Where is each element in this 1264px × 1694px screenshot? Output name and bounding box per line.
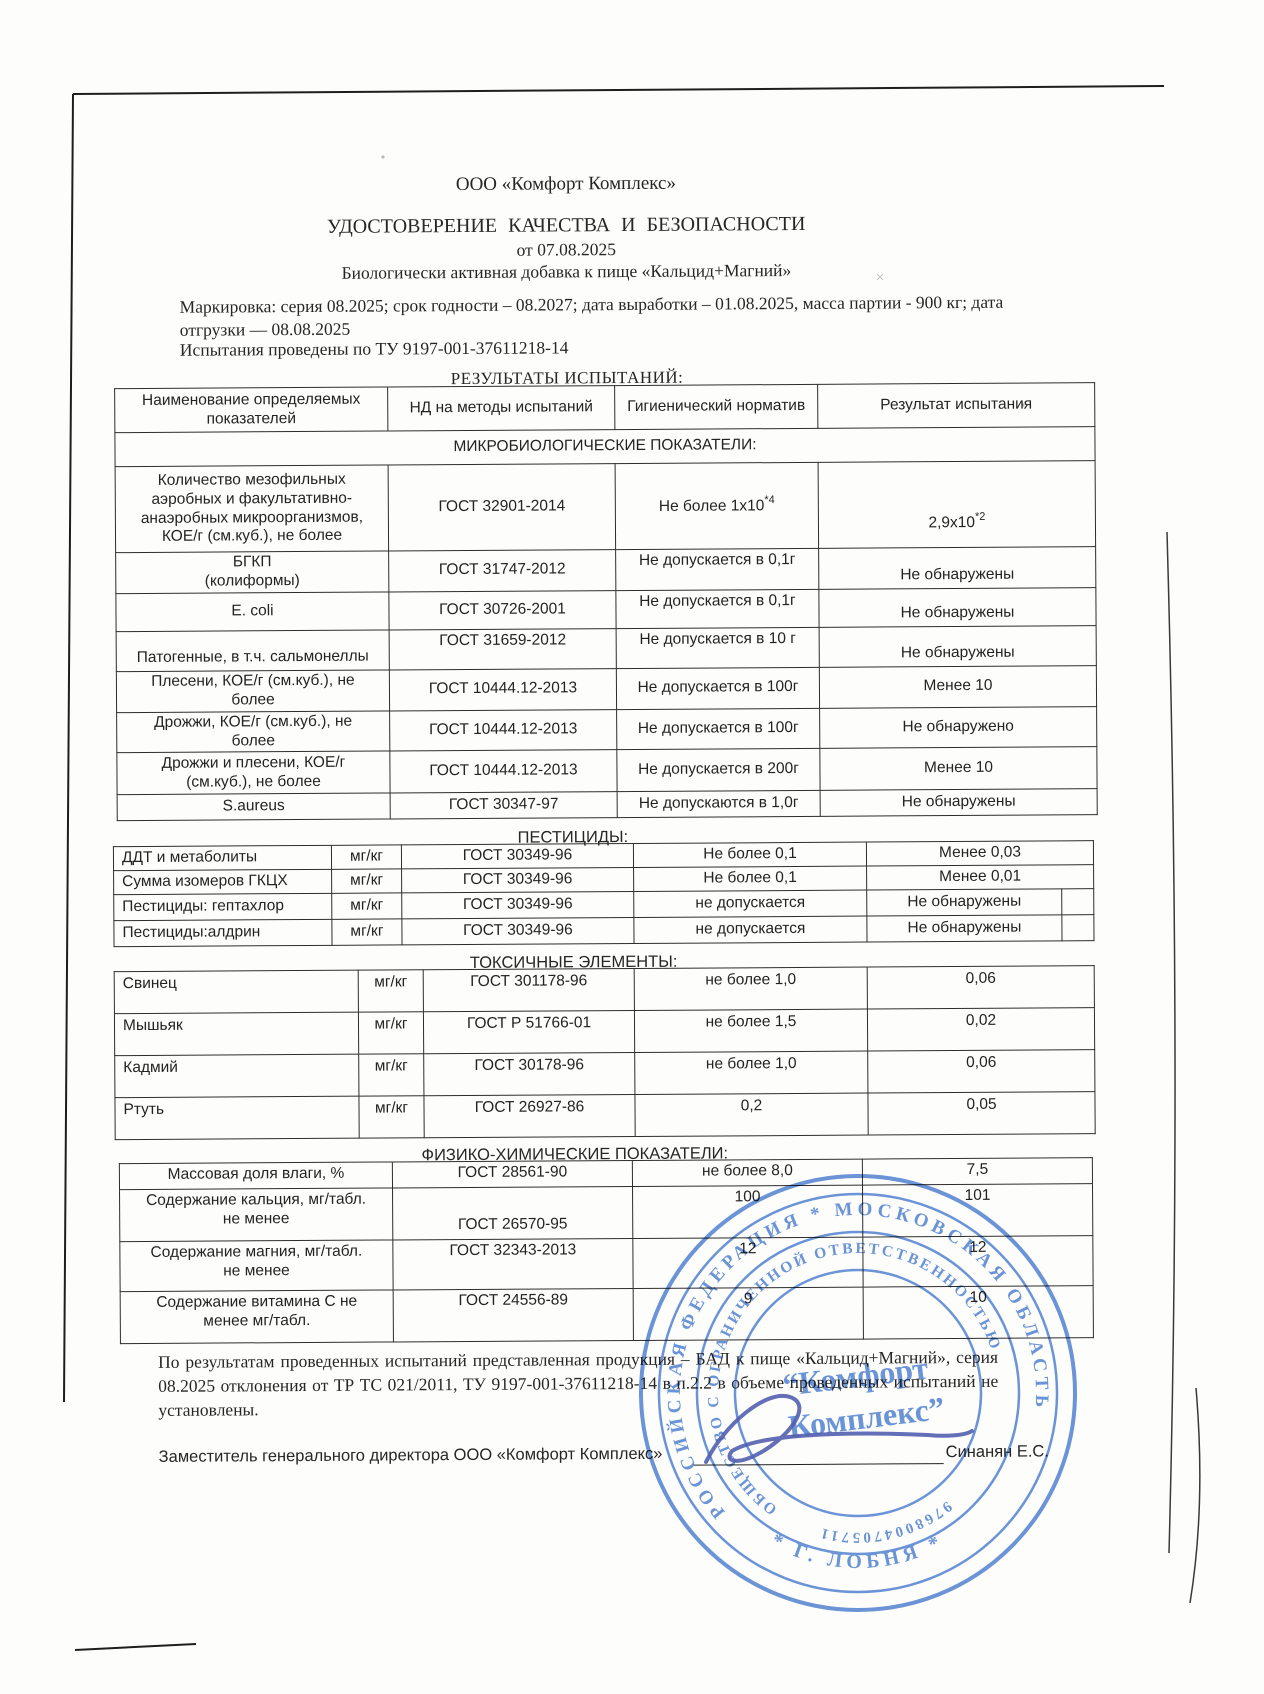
microbiology-table: Наименование определяемых показателей НД… — [114, 382, 1098, 821]
table-row: Количество мезофильных аэробных и факуль… — [115, 461, 1096, 553]
scanned-document-page: ООО «Комфорт Комплекс» УДОСТОВЕРЕНИЕ КАЧ… — [0, 0, 1264, 1694]
table-cell: не более 1,0 — [634, 967, 867, 1010]
table-cell: Не допускается в 200г — [617, 749, 820, 792]
table-row: E. coli ГОСТ 30726-2001 Не допускается в… — [116, 587, 1096, 631]
table-cell: мг/кг — [358, 1012, 423, 1054]
table-row: Плесени, КОЕ/г (см.куб.), не более ГОСТ … — [116, 665, 1096, 712]
table-row: Дрожжи, КОЕ/г (см.куб.), не более ГОСТ 1… — [117, 706, 1097, 753]
table-row: Свинец мг/кг ГОСТ 301178-96 не более 1,0… — [114, 966, 1094, 1014]
signature-role: Заместитель генерального директора ООО «… — [159, 1445, 663, 1467]
table-cell: Количество мезофильных аэробных и факуль… — [115, 465, 389, 553]
table-cell: Не обнаружены — [819, 625, 1096, 667]
table-cell-empty — [1062, 915, 1094, 941]
table-cell: Не допускается в 100г — [617, 708, 820, 750]
table-row: Кадмий мг/кг ГОСТ 30178-96 не более 1,0 … — [115, 1050, 1095, 1098]
table-cell: ГОСТ 10444.12-2013 — [390, 750, 617, 793]
table-row: Ртуть мг/кг ГОСТ 26927-86 0,2 0,05 — [115, 1092, 1095, 1140]
table-cell: ГОСТ 24556-89 — [393, 1288, 633, 1341]
table-cell: Дрожжи и плесени, КОЕ/г (см.куб.), не бо… — [117, 751, 390, 795]
product-subtitle: Биологически активная добавка к пище «Ка… — [116, 259, 1016, 285]
col-header: НД на методы испытаний — [388, 386, 615, 431]
table-cell: ГОСТ 30726-2001 — [389, 590, 616, 629]
table-cell: Не более 1х10*4 — [615, 462, 819, 549]
table-cell: Не обнаружено — [820, 706, 1097, 749]
table-cell: Не допускается в 100г — [616, 667, 819, 709]
col-header: Результат испытания — [818, 383, 1095, 429]
document-title: УДОСТОВЕРЕНИЕ КАЧЕСТВА И БЕЗОПАСНОСТИ — [116, 212, 1016, 240]
table-cell: Не обнаружены — [867, 915, 1062, 942]
stamp-center-text: “Комфорт Комплекс” — [781, 1348, 947, 1445]
test-basis: Испытания проведены по ТУ 9197-001-37611… — [180, 335, 1028, 361]
table-cell: Мышьяк — [114, 1012, 358, 1055]
table-cell: Патогенные, в т.ч. сальмонеллы — [116, 630, 389, 672]
table-cell: ДДТ и метаболиты — [113, 845, 331, 870]
table-row: Мышьяк мг/кг ГОСТ Р 51766-01 не более 1,… — [114, 1008, 1094, 1056]
table-cell-empty — [1062, 889, 1094, 915]
table-cell: Не обнаружены — [820, 789, 1097, 817]
table-cell: E. coli — [116, 592, 389, 632]
table-cell: 0,06 — [868, 1050, 1095, 1093]
table-cell: 0,2 — [635, 1093, 868, 1136]
table-cell: Дрожжи, КОЕ/г (см.куб.), не более — [117, 711, 390, 753]
table-cell: мг/кг — [332, 869, 402, 893]
table-cell: Не обнаружены — [867, 889, 1062, 916]
table-cell: Менее 10 — [819, 665, 1096, 708]
table-cell: Не допускается в 0,1г — [616, 548, 819, 590]
table-header-row: Наименование определяемых показателей НД… — [115, 383, 1095, 433]
table-row: БГКП (колиформы) ГОСТ 31747-2012 Не допу… — [116, 547, 1096, 594]
table-cell: мг/кг — [359, 1054, 424, 1096]
table-cell: мг/кг — [332, 893, 402, 919]
table-cell: Кадмий — [115, 1054, 359, 1097]
table-cell: Менее 0,01 — [867, 865, 1094, 890]
table-cell: 0,02 — [867, 1008, 1094, 1051]
table-cell: ГОСТ 301178-96 — [423, 968, 634, 1011]
table-cell: не более 1,5 — [634, 1009, 867, 1052]
table-cell: ГОСТ 10444.12-2013 — [389, 668, 616, 710]
table-cell: ГОСТ 26570-95 — [393, 1186, 633, 1239]
table-cell: Массовая доля влаги, % — [119, 1162, 392, 1190]
table-cell: ГОСТ 28561-90 — [392, 1160, 632, 1187]
table-cell: не допускается — [634, 916, 867, 943]
table-cell: 2,9х10*2 — [818, 461, 1096, 549]
table-cell: Не более 0,1 — [634, 866, 867, 891]
table-cell: Не допускаются в 1,0г — [617, 791, 820, 818]
table-cell: ГОСТ 30178-96 — [424, 1052, 635, 1095]
table-cell: ГОСТ 30349-96 — [401, 843, 633, 868]
table-cell: мг/кг — [358, 970, 423, 1012]
table-cell: мг/кг — [331, 845, 401, 869]
table-row: Пестициды:алдрин мг/кг ГОСТ 30349-96 не … — [114, 915, 1094, 947]
table-cell: Не более 0,1 — [633, 842, 866, 867]
table-cell: БГКП (колиформы) — [116, 551, 389, 593]
table-cell: не более 1,0 — [635, 1051, 868, 1094]
col-header: Гигиенический норматив — [615, 384, 818, 429]
table-row: Дрожжи и плесени, КОЕ/г (см.куб.), не бо… — [117, 747, 1097, 795]
table-cell: мг/кг — [332, 919, 402, 945]
table-cell: ГОСТ 32343-2013 — [393, 1238, 633, 1289]
table-cell: Не допускается в 10 г — [616, 627, 819, 668]
table-row: S.aureus ГОСТ 30347-97 Не допускаются в … — [117, 789, 1097, 821]
table-cell: не допускается — [634, 890, 867, 917]
table-cell: ГОСТ 30349-96 — [402, 917, 634, 944]
table-cell: 0,06 — [867, 966, 1094, 1009]
table-cell: ГОСТ 30349-96 — [402, 867, 634, 892]
table-cell: Не допускается в 0,1г — [616, 589, 819, 628]
table-cell: Сумма изомеров ГКЦХ — [114, 869, 332, 894]
table-row: Патогенные, в т.ч. сальмонеллы ГОСТ 3165… — [116, 625, 1096, 671]
table-cell: ГОСТ 31747-2012 — [389, 550, 616, 592]
table-cell: Не обнаружены — [819, 547, 1096, 590]
table-cell: ГОСТ 30347-97 — [390, 792, 617, 819]
table-cell: ГОСТ 10444.12-2013 — [390, 709, 617, 751]
table-cell: 0,05 — [868, 1092, 1095, 1135]
table-cell: ГОСТ 30349-96 — [402, 891, 634, 918]
table-cell: Свинец — [114, 970, 358, 1013]
table-cell: мг/кг — [359, 1096, 424, 1138]
table-cell: Менее 10 — [820, 747, 1097, 791]
table-cell: ГОСТ Р 51766-01 — [423, 1010, 634, 1053]
table-cell: Содержание кальция, мг/табл. не менее — [120, 1188, 393, 1242]
table-cell: ГОСТ 26927-86 — [424, 1094, 635, 1137]
table-cell: S.aureus — [117, 793, 390, 821]
table-cell: Менее 0,03 — [866, 841, 1093, 866]
table-cell: Ртуть — [115, 1096, 359, 1139]
table-cell: Пестициды:алдрин — [114, 919, 332, 946]
table-cell: Не обнаружены — [819, 587, 1096, 627]
table-cell: Содержание магния, мг/табл. не менее — [120, 1240, 393, 1292]
table-cell: Пестициды: гептахлор — [114, 893, 332, 920]
toxic-table: Свинец мг/кг ГОСТ 301178-96 не более 1,0… — [114, 965, 1096, 1140]
col-header: Наименование определяемых показателей — [115, 387, 388, 433]
table-cell: Содержание витамина С не менее мг/табл. — [120, 1290, 393, 1344]
company-name: ООО «Комфорт Комплекс» — [116, 171, 1016, 198]
company-stamp: РОССИЙСКАЯ ФЕДЕРАЦИЯ * МОСКОВСКАЯ ОБЛАСТ… — [628, 1163, 1088, 1623]
table-cell: ГОСТ 31659-2012 — [389, 628, 616, 669]
table-cell: ГОСТ 32901-2014 — [388, 464, 616, 551]
pesticides-table: ДДТ и метаболиты мг/кг ГОСТ 30349-96 Не … — [113, 840, 1095, 947]
table-cell: Плесени, КОЕ/г (см.куб.), не более — [116, 670, 389, 712]
